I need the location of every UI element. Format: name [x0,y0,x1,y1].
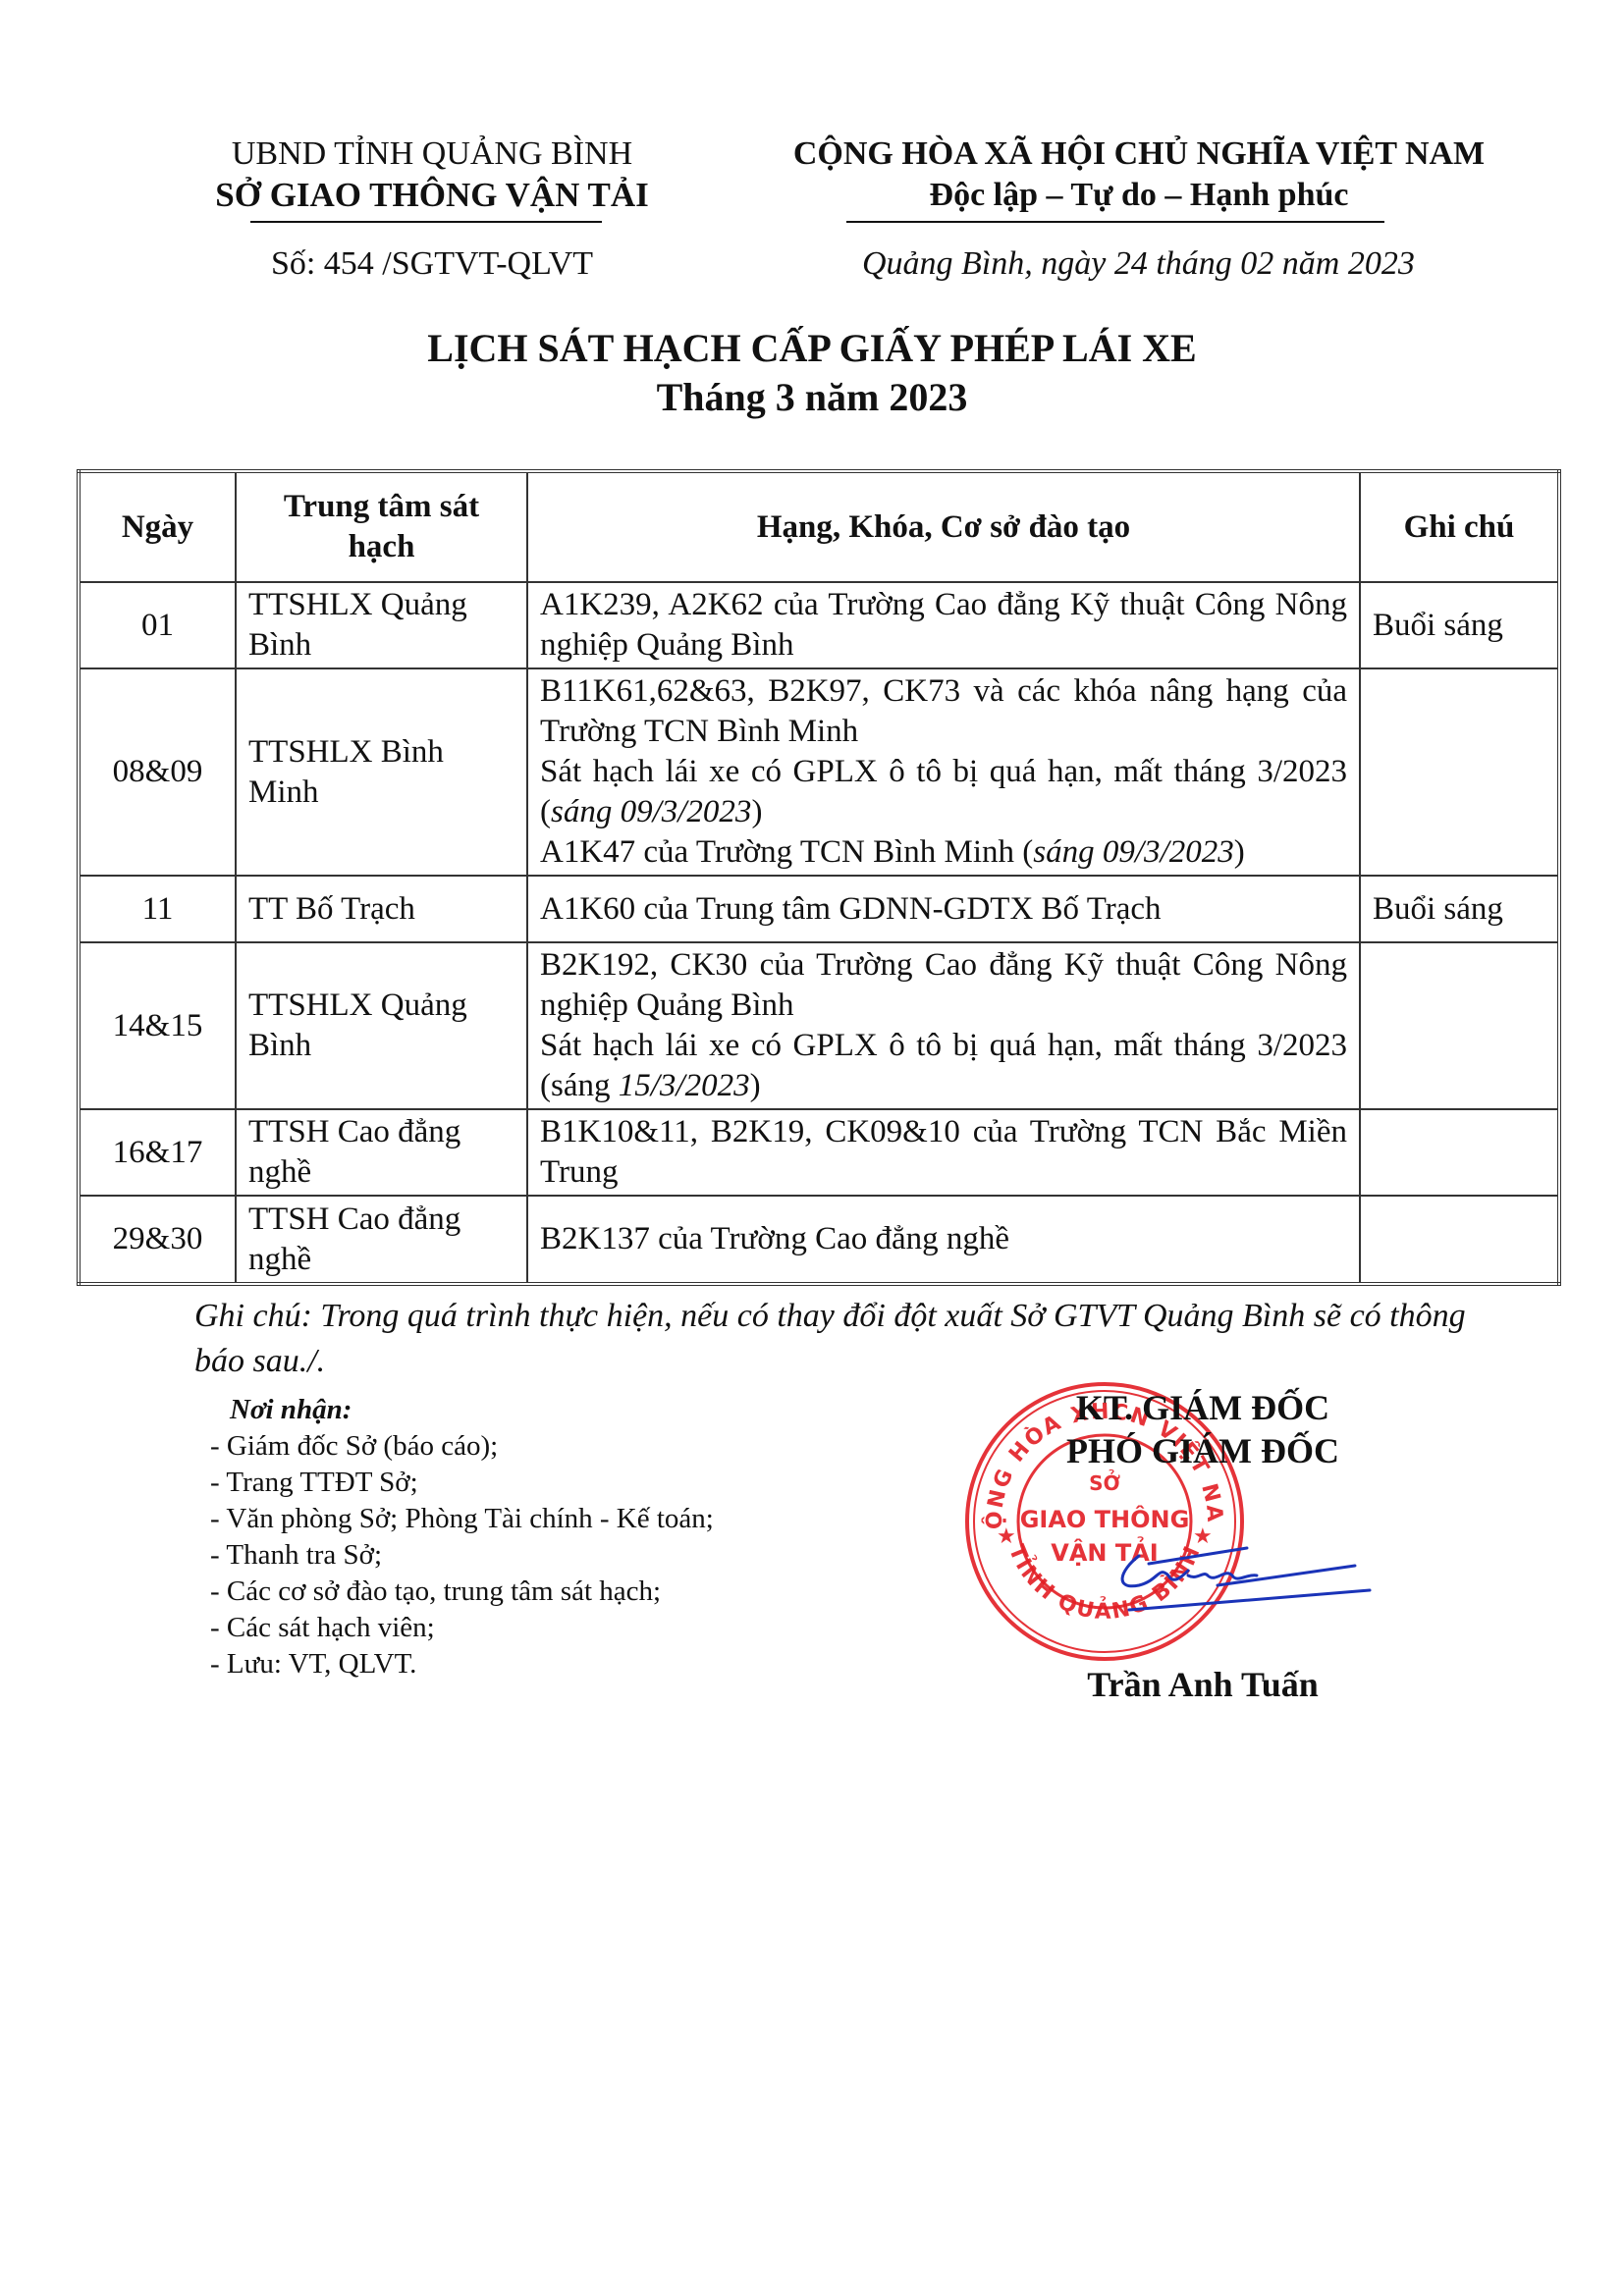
authority-name: UBND TỈNH QUẢNG BÌNH [157,133,707,175]
cell-note [1360,1109,1559,1196]
recipient-item: - Thanh tra Sở; [210,1537,714,1574]
course-line: B2K192, CK30 của Trường Cao đẳng Kỹ thuậ… [540,945,1347,1026]
document-number: Số: 454 /SGTVT-QLVT [157,243,707,285]
cell-exam-center: TTSH Cao đẳng nghề [236,1196,527,1284]
course-text: B2K137 của Trường Cao đẳng nghề [540,1221,1009,1256]
course-line: A1K47 của Trường TCN Bình Minh (sáng 09/… [540,832,1347,873]
svg-text:GIAO THÔNG: GIAO THÔNG [1020,1504,1190,1533]
col-header-note: Ghi chú [1360,471,1559,582]
table-row: 11TT Bố TrạchA1K60 của Trung tâm GDNN-GD… [79,876,1559,942]
cell-note [1360,1196,1559,1284]
nation-name: CỘNG HÒA XÃ HỘI CHỦ NGHĨA VIỆT NAM [746,133,1532,175]
department-underline [250,221,602,223]
course-text: A1K60 của Trung tâm GDNN-GDTX Bố Trạch [540,891,1162,927]
course-date-italic: sáng 09/3/2023 [1033,834,1233,870]
recipient-item: - Giám đốc Sở (báo cáo); [210,1428,714,1465]
course-text-tail: ) [751,794,762,829]
course-date-italic: 15/3/2023 [619,1068,750,1103]
cell-course: B2K192, CK30 của Trường Cao đẳng Kỹ thuậ… [527,942,1360,1109]
cell-course: B2K137 của Trường Cao đẳng nghề [527,1196,1360,1284]
col-header-center: Trung tâm sát hạch [236,471,527,582]
course-line: A1K60 của Trung tâm GDNN-GDTX Bố Trạch [540,889,1347,930]
course-text: A1K47 của Trường TCN Bình Minh ( [540,834,1033,870]
issuing-authority-block: UBND TỈNH QUẢNG BÌNH SỞ GIAO THÔNG VẬN T… [157,133,707,216]
course-text-tail: ) [750,1068,761,1103]
col-header-day: Ngày [79,471,236,582]
course-line: B1K10&11, B2K19, CK09&10 của Trường TCN … [540,1112,1347,1193]
recipient-item: - Các sát hạch viên; [210,1610,714,1646]
cell-day: 14&15 [79,942,236,1109]
cell-day: 16&17 [79,1109,236,1196]
footnote-text: Ghi chú: Trong quá trình thực hiện, nếu … [194,1298,1466,1379]
motto-underline [846,221,1384,223]
title-line-1: LỊCH SÁT HẠCH CẤP GIẤY PHÉP LÁI XE [0,324,1624,373]
cell-note [1360,942,1559,1109]
cell-course: B11K61,62&63, B2K97, CK73 và các khóa nâ… [527,668,1360,876]
signer-name: Trần Anh Tuấn [982,1664,1424,1705]
table-row: 14&15TTSHLX Quảng BìnhB2K192, CK30 của T… [79,942,1559,1109]
cell-note: Buổi sáng [1360,876,1559,942]
course-date-italic: sáng 09/3/2023 [551,794,751,829]
cell-exam-center: TTSH Cao đẳng nghề [236,1109,527,1196]
recipients-list: - Giám đốc Sở (báo cáo);- Trang TTĐT Sở;… [210,1428,714,1682]
place-date: Quảng Bình, ngày 24 tháng 02 năm 2023 [862,243,1510,285]
cell-day: 08&09 [79,668,236,876]
cell-day: 29&30 [79,1196,236,1284]
department-name: SỞ GIAO THÔNG VẬN TẢI [157,175,707,216]
exam-schedule-table: Ngày Trung tâm sát hạch Hạng, Khóa, Cơ s… [77,469,1561,1286]
cell-note [1360,668,1559,876]
cell-exam-center: TT Bố Trạch [236,876,527,942]
course-text: B2K192, CK30 của Trường Cao đẳng Kỹ thuậ… [540,947,1347,1023]
recipient-item: - Các cơ sở đào tạo, trung tâm sát hạch; [210,1574,714,1610]
document-title: LỊCH SÁT HẠCH CẤP GIẤY PHÉP LÁI XE Tháng… [0,324,1624,422]
col-header-course: Hạng, Khóa, Cơ sở đào tạo [527,471,1360,582]
title-line-2: Tháng 3 năm 2023 [0,373,1624,422]
cell-exam-center: TTSHLX Quảng Bình [236,582,527,668]
cell-day: 11 [79,876,236,942]
table-row: 29&30TTSH Cao đẳng nghềB2K137 của Trường… [79,1196,1559,1284]
course-line: B11K61,62&63, B2K97, CK73 và các khóa nâ… [540,671,1347,752]
signer-role-2: PHÓ GIÁM ĐỐC [982,1429,1424,1472]
handwritten-signature-icon [1110,1546,1384,1625]
course-text-tail: ) [1234,834,1245,870]
course-line: A1K239, A2K62 của Trường Cao đẳng Kỹ thu… [540,585,1347,666]
recipients-block: Nơi nhận: - Giám đốc Sở (báo cáo);- Tran… [210,1392,714,1682]
table-row: 16&17TTSH Cao đẳng nghềB1K10&11, B2K19, … [79,1109,1559,1196]
recipient-item: - Trang TTĐT Sở; [210,1465,714,1501]
table-header-row: Ngày Trung tâm sát hạch Hạng, Khóa, Cơ s… [79,471,1559,582]
signature-block: KT. GIÁM ĐỐC PHÓ GIÁM ĐỐC Trần Anh Tuấn [982,1386,1424,1472]
national-header-block: CỘNG HÒA XÃ HỘI CHỦ NGHĨA VIỆT NAM Độc l… [746,133,1532,216]
recipients-heading: Nơi nhận: [230,1392,714,1428]
cell-course: A1K60 của Trung tâm GDNN-GDTX Bố Trạch [527,876,1360,942]
cell-day: 01 [79,582,236,668]
table-row: 01TTSHLX Quảng BìnhA1K239, A2K62 của Trư… [79,582,1559,668]
course-text: A1K239, A2K62 của Trường Cao đẳng Kỹ thu… [540,587,1347,663]
course-text: B11K61,62&63, B2K97, CK73 và các khóa nâ… [540,673,1347,749]
recipient-item: - Văn phòng Sở; Phòng Tài chính - Kế toá… [210,1501,714,1537]
cell-exam-center: TTSHLX Quảng Bình [236,942,527,1109]
cell-course: A1K239, A2K62 của Trường Cao đẳng Kỹ thu… [527,582,1360,668]
cell-course: B1K10&11, B2K19, CK09&10 của Trường TCN … [527,1109,1360,1196]
svg-text:SỞ: SỞ [1089,1470,1120,1495]
cell-exam-center: TTSHLX Bình Minh [236,668,527,876]
footnote: Ghi chú: Trong quá trình thực hiện, nếu … [194,1294,1522,1384]
course-line: Sát hạch lái xe có GPLX ô tô bị quá hạn,… [540,752,1347,832]
course-line: Sát hạch lái xe có GPLX ô tô bị quá hạn,… [540,1026,1347,1106]
national-motto: Độc lập – Tự do – Hạnh phúc [746,175,1532,216]
svg-text:★: ★ [997,1524,1016,1549]
signer-role-1: KT. GIÁM ĐỐC [982,1386,1424,1429]
course-line: B2K137 của Trường Cao đẳng nghề [540,1219,1347,1259]
course-text: B1K10&11, B2K19, CK09&10 của Trường TCN … [540,1114,1347,1190]
table-row: 08&09TTSHLX Bình MinhB11K61,62&63, B2K97… [79,668,1559,876]
recipient-item: - Lưu: VT, QLVT. [210,1646,714,1682]
cell-note: Buổi sáng [1360,582,1559,668]
